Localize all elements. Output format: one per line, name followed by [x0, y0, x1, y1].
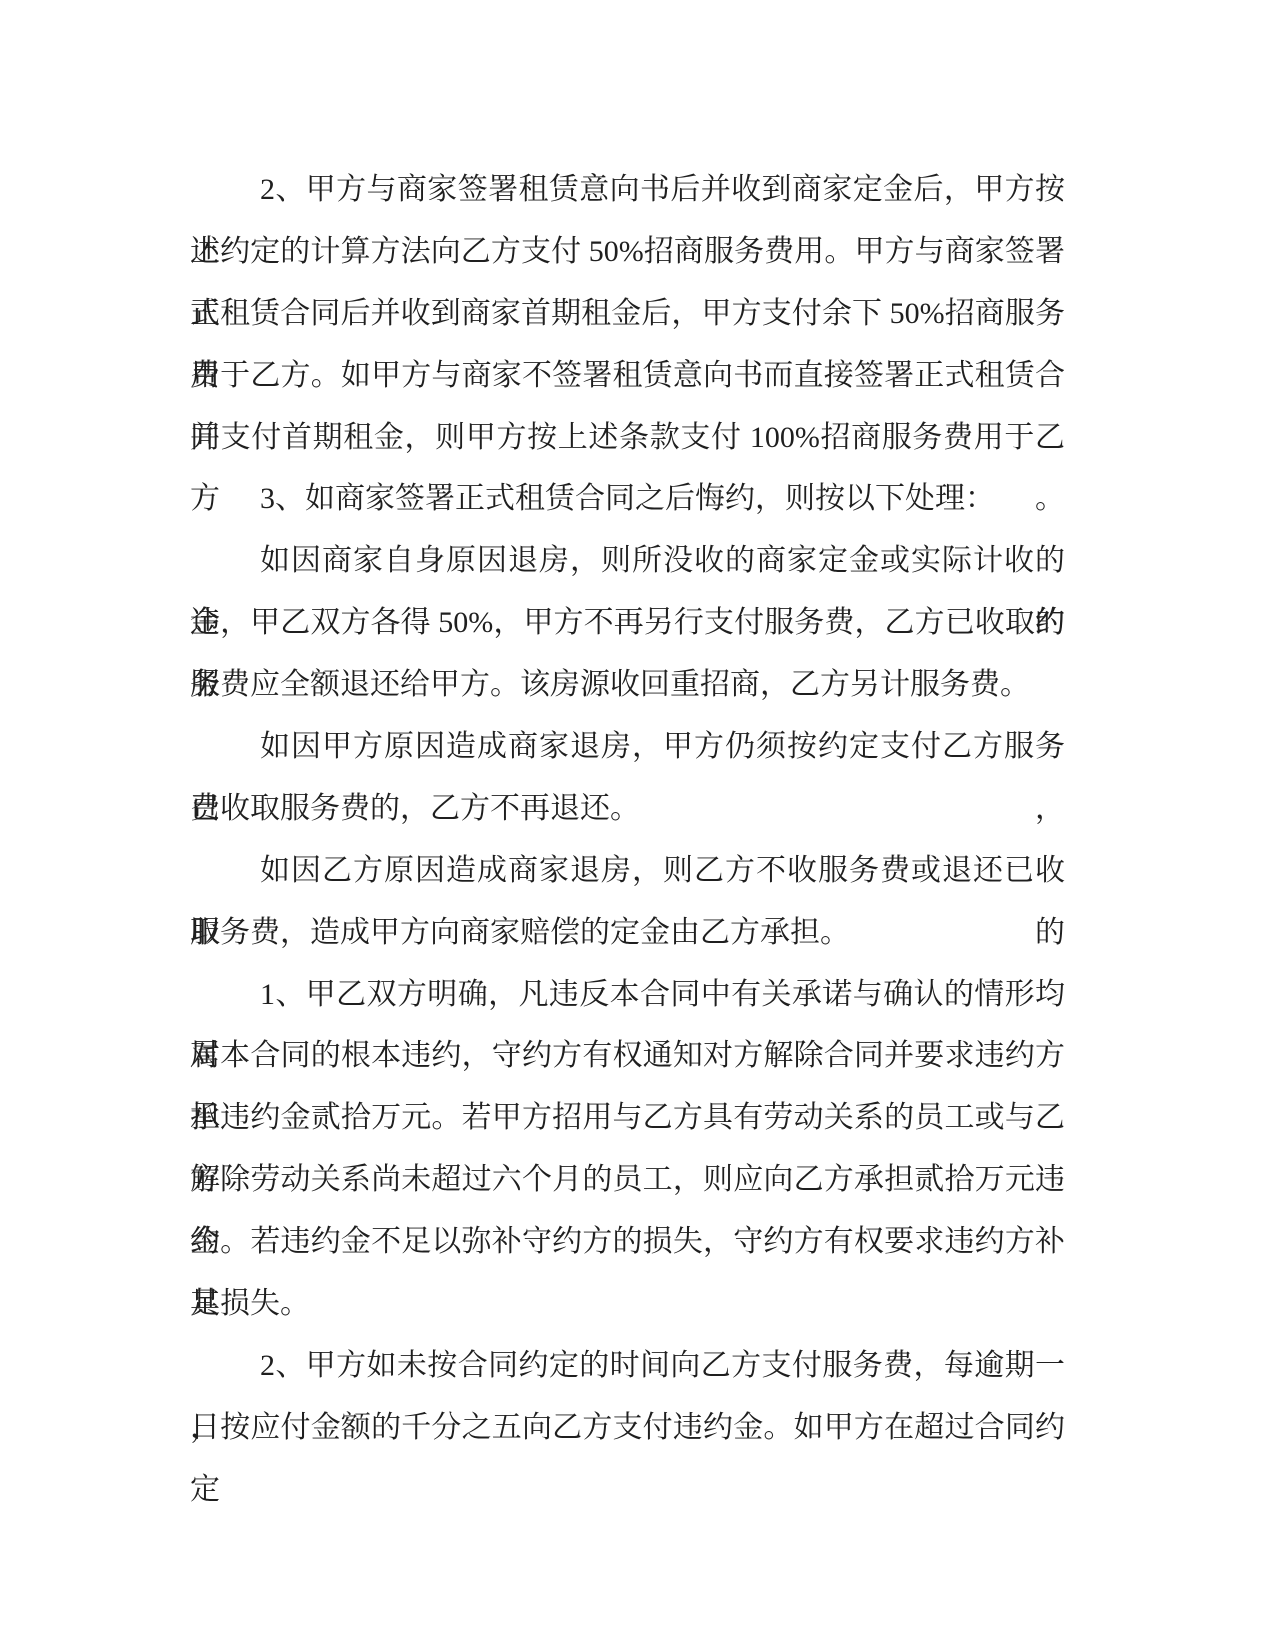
text-line-12: 如因乙方原因造成商家退房，则乙方不收服务费或退还已收取的	[190, 840, 1065, 902]
text-line-16: 担违约金贰拾万元。若甲方招用与乙方具有劳动关系的员工或与乙方	[190, 1087, 1065, 1149]
text-line-9: 务费应全额退还给甲方。该房源收回重招商，乙方另计服务费。	[190, 654, 1065, 716]
text-line-2: 述约定的计算方法向乙方支付 50%招商服务费用。甲方与商家签署正	[190, 221, 1065, 283]
text-line-18: 金。若违约金不足以弥补守约方的损失，守约方有权要求违约方补足	[190, 1211, 1065, 1273]
text-line-6: 3、如商家签署正式租赁合同之后悔约，则按以下处理：	[190, 468, 1065, 530]
text-line-15: 对本合同的根本违约，守约方有权通知对方解除合同并要求违约方承	[190, 1025, 1065, 1087]
text-line-20: 2、甲方如未按合同约定的时间向乙方支付服务费，每逾期一日	[190, 1335, 1065, 1397]
text-line-17: 解除劳动关系尚未超过六个月的员工，则应向乙方承担贰拾万元违约	[190, 1149, 1065, 1211]
text-line-5: 并支付首期租金，则甲方按上述条款支付 100%招商服务费用于乙方。	[190, 407, 1065, 469]
text-line-1: 2、甲方与商家签署租赁意向书后并收到商家定金后，甲方按上	[190, 159, 1065, 221]
text-line-14: 1、甲乙双方明确，凡违反本合同中有关承诺与确认的情形均属	[190, 964, 1065, 1026]
text-line-8: 金，甲乙双方各得 50%，甲方不再另行支付服务费，乙方已收取的服	[190, 592, 1065, 654]
text-line-3: 式租赁合同后并收到商家首期租金后，甲方支付余下 50%招商服务费	[190, 283, 1065, 345]
text-line-4: 用于乙方。如甲方与商家不签署租赁意向书而直接签署正式租赁合同	[190, 345, 1065, 407]
text-line-21: ，按应付金额的千分之五向乙方支付违约金。如甲方在超过合同约定	[190, 1397, 1065, 1459]
text-line-10: 如因甲方原因造成商家退房，甲方仍须按约定支付乙方服务费，	[190, 716, 1065, 778]
text-line-19: 其损失。	[190, 1273, 1065, 1335]
contract-text-block: 2、甲方与商家签署租赁意向书后并收到商家定金后，甲方按上述约定的计算方法向乙方支…	[190, 159, 1065, 1459]
contract-page: 2、甲方与商家签署租赁意向书后并收到商家定金后，甲方按上述约定的计算方法向乙方支…	[0, 0, 1275, 1650]
text-line-7: 如因商家自身原因退房，则所没收的商家定金或实际计收的违约	[190, 530, 1065, 592]
